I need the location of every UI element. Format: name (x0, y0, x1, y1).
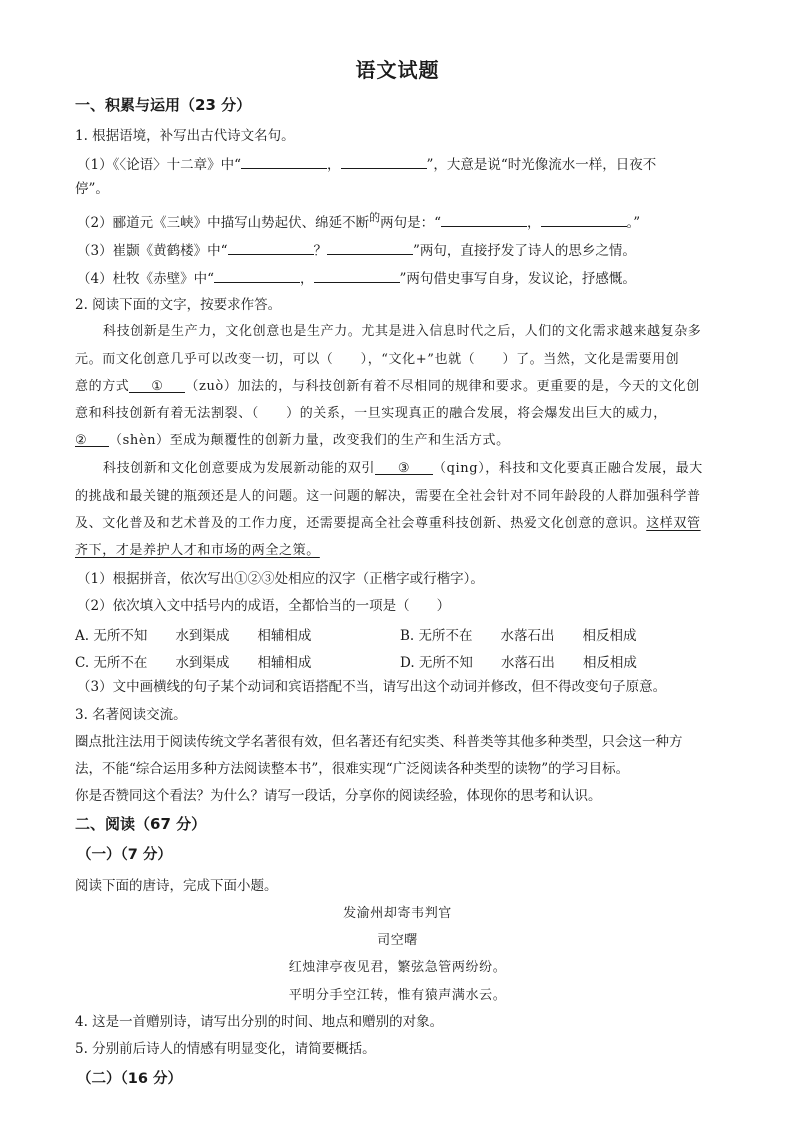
part-heading-1: （一）（7 分） (77, 846, 172, 864)
text: 水到渠成 (175, 628, 229, 644)
passage-line: 意的方式①（zuò）加法的，与科技创新有着不尽相同的规律和要求。更重要的是，今天… (75, 378, 700, 396)
passage-line: 元。而文化创意几乎可以改变一切，可以（ ），“文化+”也就（ ）了。当然，文化是… (75, 351, 679, 369)
q1-item-2: （2）郦道元《三峡》中描写山势起伏、绵延不断的两句是：“，。” (77, 212, 640, 233)
option-label: A. 无所不知 (75, 628, 147, 644)
text: ”，大意是说“时光像流水一样，日夜不 (427, 157, 657, 173)
option-d[interactable]: D. 无所不知水落石出相反相成 (400, 651, 637, 671)
text: （1）《〈论语〉十二章》中“ (77, 157, 241, 173)
q3-stem: 3. 名著阅读交流。 (75, 706, 187, 724)
text: ”两句，直接抒发了诗人的思乡之情。 (413, 243, 636, 259)
q5: 5. 分别前后诗人的情感有明显变化，请简要概括。 (75, 1040, 376, 1058)
text: ， (327, 157, 341, 173)
text: （2）郦道元《三峡》中描写山势起伏、绵延不断 (77, 215, 369, 231)
option-c[interactable]: C. 无所不在水到渠成相辅相成 (75, 651, 311, 671)
q1-item-1-cont: 停”。 (75, 180, 109, 198)
option-label: D. 无所不知 (400, 655, 473, 671)
text: 的 (369, 211, 380, 224)
text: 两句是：“ (380, 215, 441, 231)
text: ， (527, 215, 541, 231)
text: （shèn）至成为颠覆性的创新力量，改变我们的生产和生活方式。 (109, 433, 510, 448)
q3-text: 你是否赞同这个看法？为什么？请写一段话，分享你的阅读经验，体现你的思考和认识。 (75, 787, 602, 805)
passage-line: 科技创新是生产力，文化创意也是生产力。尤其是进入信息时代之后，人们的文化需求越来… (103, 323, 701, 341)
poem-line: 平明分手空江转，惟有猿声满水云。 (0, 987, 795, 1005)
q3-text: 法，不能“综合运用多种方法阅读整本书”，很难实现“广泛阅读各种类型的读物”的学习… (75, 760, 629, 778)
section-heading-1: 一、积累与运用（23 分） (75, 96, 251, 114)
text: ， (300, 271, 314, 287)
q1-item-3: （3）崔颢《黄鹤楼》中“？”两句，直接抒发了诗人的思乡之情。 (77, 240, 636, 260)
underlined-sentence: 这样双管 (646, 516, 700, 531)
option-b[interactable]: B. 无所不在水落石出相反相成 (400, 624, 637, 644)
text: 相反相成 (583, 655, 637, 671)
passage-line: 及、文化普及和艺术普及的工作力度，还需要提高全社会尊重科技创新、热爱文化创意的意… (75, 515, 701, 533)
q2-stem: 2. 阅读下面的文字，按要求作答。 (75, 296, 281, 314)
text: （3）崔颢《黄鹤楼》中“ (77, 243, 228, 259)
text: （zuò）加法的，与科技创新有着不尽相同的规律和要求。更重要的是，今天的文化创 (185, 379, 699, 394)
exam-page: 语文试题 一、积累与运用（23 分） 1. 根据语境，补写出古代诗文名句。 （1… (0, 0, 795, 1125)
passage-line: 科技创新和文化创意要成为发展新动能的双引③（qing），科技和文化要真正融合发展… (103, 460, 703, 478)
section-heading-2: 二、阅读（67 分） (75, 815, 206, 833)
q2-sub-1: （1）根据拼音，依次写出①②③处相应的汉字（正楷字或行楷字）。 (77, 570, 484, 588)
answer-blank[interactable] (214, 268, 300, 283)
passage-line: 齐下，才是养护人才和市场的两全之策。 (75, 542, 320, 560)
text: 科技创新和文化创意要成为发展新动能的双引 (103, 461, 375, 476)
passage-line: 的挑战和最关键的瓶颈还是人的问题。这一问题的解决，需要在全社会针对不同年龄段的人… (75, 488, 701, 506)
text: 水落石出 (501, 628, 555, 644)
answer-blank[interactable] (441, 212, 527, 227)
answer-blank[interactable] (541, 212, 627, 227)
passage-line: 意和科技创新有着无法割裂、（ ）的关系，一旦实现真正的融合发展，将会爆发出巨大的… (75, 405, 667, 423)
pinyin-blank-2[interactable]: ② (75, 432, 109, 447)
q1-item-1: （1）《〈论语〉十二章》中“，”，大意是说“时光像流水一样，日夜不 (77, 154, 656, 174)
text: 。” (627, 215, 641, 231)
pinyin-blank-1[interactable]: ① (129, 378, 185, 393)
q3-text: 圈点批注法用于阅读传统文学名著很有效，但名著还有纪实类、科普类等其他多种类型，只… (75, 733, 683, 751)
answer-blank[interactable] (241, 154, 327, 169)
option-label: B. 无所不在 (400, 628, 473, 644)
page-title: 语文试题 (0, 54, 795, 83)
poem-line: 红烛津亭夜见君，繁弦急管两纷纷。 (0, 959, 795, 977)
option-a[interactable]: A. 无所不知水到渠成相辅相成 (75, 624, 311, 644)
text: （4）杜牧《赤壁》中“ (77, 271, 214, 287)
passage-line: ②（shèn）至成为颠覆性的创新力量，改变我们的生产和生活方式。 (75, 432, 510, 450)
text: 相辅相成 (257, 655, 311, 671)
option-label: C. 无所不在 (75, 655, 147, 671)
answer-blank[interactable] (314, 268, 400, 283)
q1-item-4: （4）杜牧《赤壁》中“，”两句借史事写自身，发议论，抒感慨。 (77, 268, 636, 288)
part1-intro: 阅读下面的唐诗，完成下面小题。 (75, 877, 278, 895)
text: （qing），科技和文化要真正融合发展，最大 (433, 461, 703, 476)
q2-sub-2: （2）依次填入文中括号内的成语，全都恰当的一项是（ ） (77, 597, 450, 615)
poem-title: 发渝州却寄韦判官 (0, 905, 795, 923)
text: 相反相成 (583, 628, 637, 644)
text: 水落石出 (501, 655, 555, 671)
text: 水到渠成 (175, 655, 229, 671)
answer-blank[interactable] (327, 240, 413, 255)
pinyin-blank-3[interactable]: ③ (375, 460, 433, 475)
underlined-sentence: 齐下，才是养护人才和市场的两全之策。 (75, 543, 320, 558)
poem-author: 司空曙 (0, 932, 795, 950)
q1-stem: 1. 根据语境，补写出古代诗文名句。 (75, 127, 295, 145)
q4: 4. 这是一首赠别诗，请写出分别的时间、地点和赠别的对象。 (75, 1013, 443, 1031)
text: 相辅相成 (257, 628, 311, 644)
text: ”两句借史事写自身，发议论，抒感慨。 (400, 271, 636, 287)
text: ？ (314, 243, 328, 259)
text: 及、文化普及和艺术普及的工作力度，还需要提高全社会尊重科技创新、热爱文化创意的意… (75, 516, 646, 531)
answer-blank[interactable] (341, 154, 427, 169)
answer-blank[interactable] (228, 240, 314, 255)
part-heading-2: （二）（16 分） (77, 1070, 182, 1088)
text: 意的方式 (75, 379, 129, 394)
q2-sub-3: （3）文中画横线的句子某个动词和宾语搭配不当，请写出这个动词并修改，但不得改变句… (77, 678, 666, 696)
